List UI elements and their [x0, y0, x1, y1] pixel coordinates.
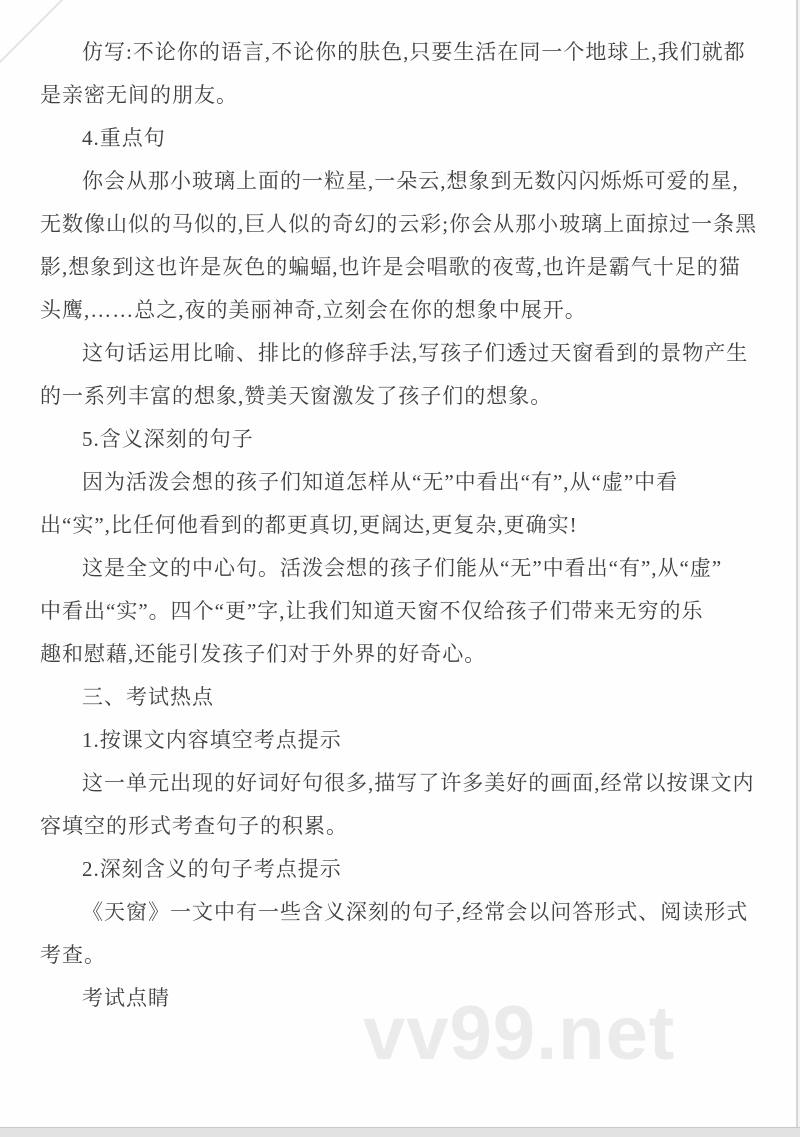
text-line: 这句话运用比喻、排比的修辞手法,写孩子们透过天窗看到的景物产生 [40, 332, 740, 375]
page-right-edge-line [796, 0, 798, 1137]
text-line: 仿写:不论你的语言,不论你的肤色,只要生活在同一个地球上,我们就都 [40, 31, 740, 74]
watermark: vv99.net [363, 990, 675, 1077]
text-line: 1.按课文内容填空考点提示 [40, 719, 740, 762]
text-line: 这一单元出现的好词好句很多,描写了许多美好的画面,经常以按课文内 [40, 762, 740, 805]
text-line: 的一系列丰富的想象,赞美天窗激发了孩子们的想象。 [40, 375, 740, 418]
document-page: 仿写:不论你的语言,不论你的肤色,只要生活在同一个地球上,我们就都是亲密无间的朋… [0, 0, 800, 1137]
text-line: 5.含义深刻的句子 [40, 418, 740, 461]
text-line: 中看出“实”。四个“更”字,让我们知道天窗不仅给孩子们带来无穷的乐 [40, 590, 740, 633]
text-line: 出“实”,比任何他看到的都更真切,更阔达,更复杂,更确实! [40, 504, 740, 547]
text-line: 你会从那小玻璃上面的一粒星,一朵云,想象到无数闪闪烁烁可爱的星, [40, 160, 740, 203]
text-line: 考查。 [40, 934, 740, 977]
text-line: 无数像山似的马似的,巨人似的奇幻的云彩;你会从那小玻璃上面掠过一条黑 [40, 203, 740, 246]
text-line: 是亲密无间的朋友。 [40, 74, 740, 117]
page-bottom-edge [0, 1127, 800, 1137]
text-line: 三、考试热点 [40, 676, 740, 719]
text-line: 《天窗》一文中有一些含义深刻的句子,经常会以问答形式、阅读形式 [40, 891, 740, 934]
text-line: 影,想象到这也许是灰色的蝙蝠,也许是会唱歌的夜莺,也许是霸气十足的猫 [40, 246, 740, 289]
text-line: 头鹰,……总之,夜的美丽神奇,立刻会在你的想象中展开。 [40, 289, 740, 332]
text-line: 因为活泼会想的孩子们知道怎样从“无”中看出“有”,从“虚”中看 [40, 461, 740, 504]
text-line: 4.重点句 [40, 117, 740, 160]
text-line: 2.深刻含义的句子考点提示 [40, 848, 740, 891]
document-body: 仿写:不论你的语言,不论你的肤色,只要生活在同一个地球上,我们就都是亲密无间的朋… [40, 31, 740, 1020]
text-line: 趣和慰藉,还能引发孩子们对于外界的好奇心。 [40, 633, 740, 676]
text-line: 这是全文的中心句。活泼会想的孩子们能从“无”中看出“有”,从“虚” [40, 547, 740, 590]
text-line: 容填空的形式考查句子的积累。 [40, 805, 740, 848]
